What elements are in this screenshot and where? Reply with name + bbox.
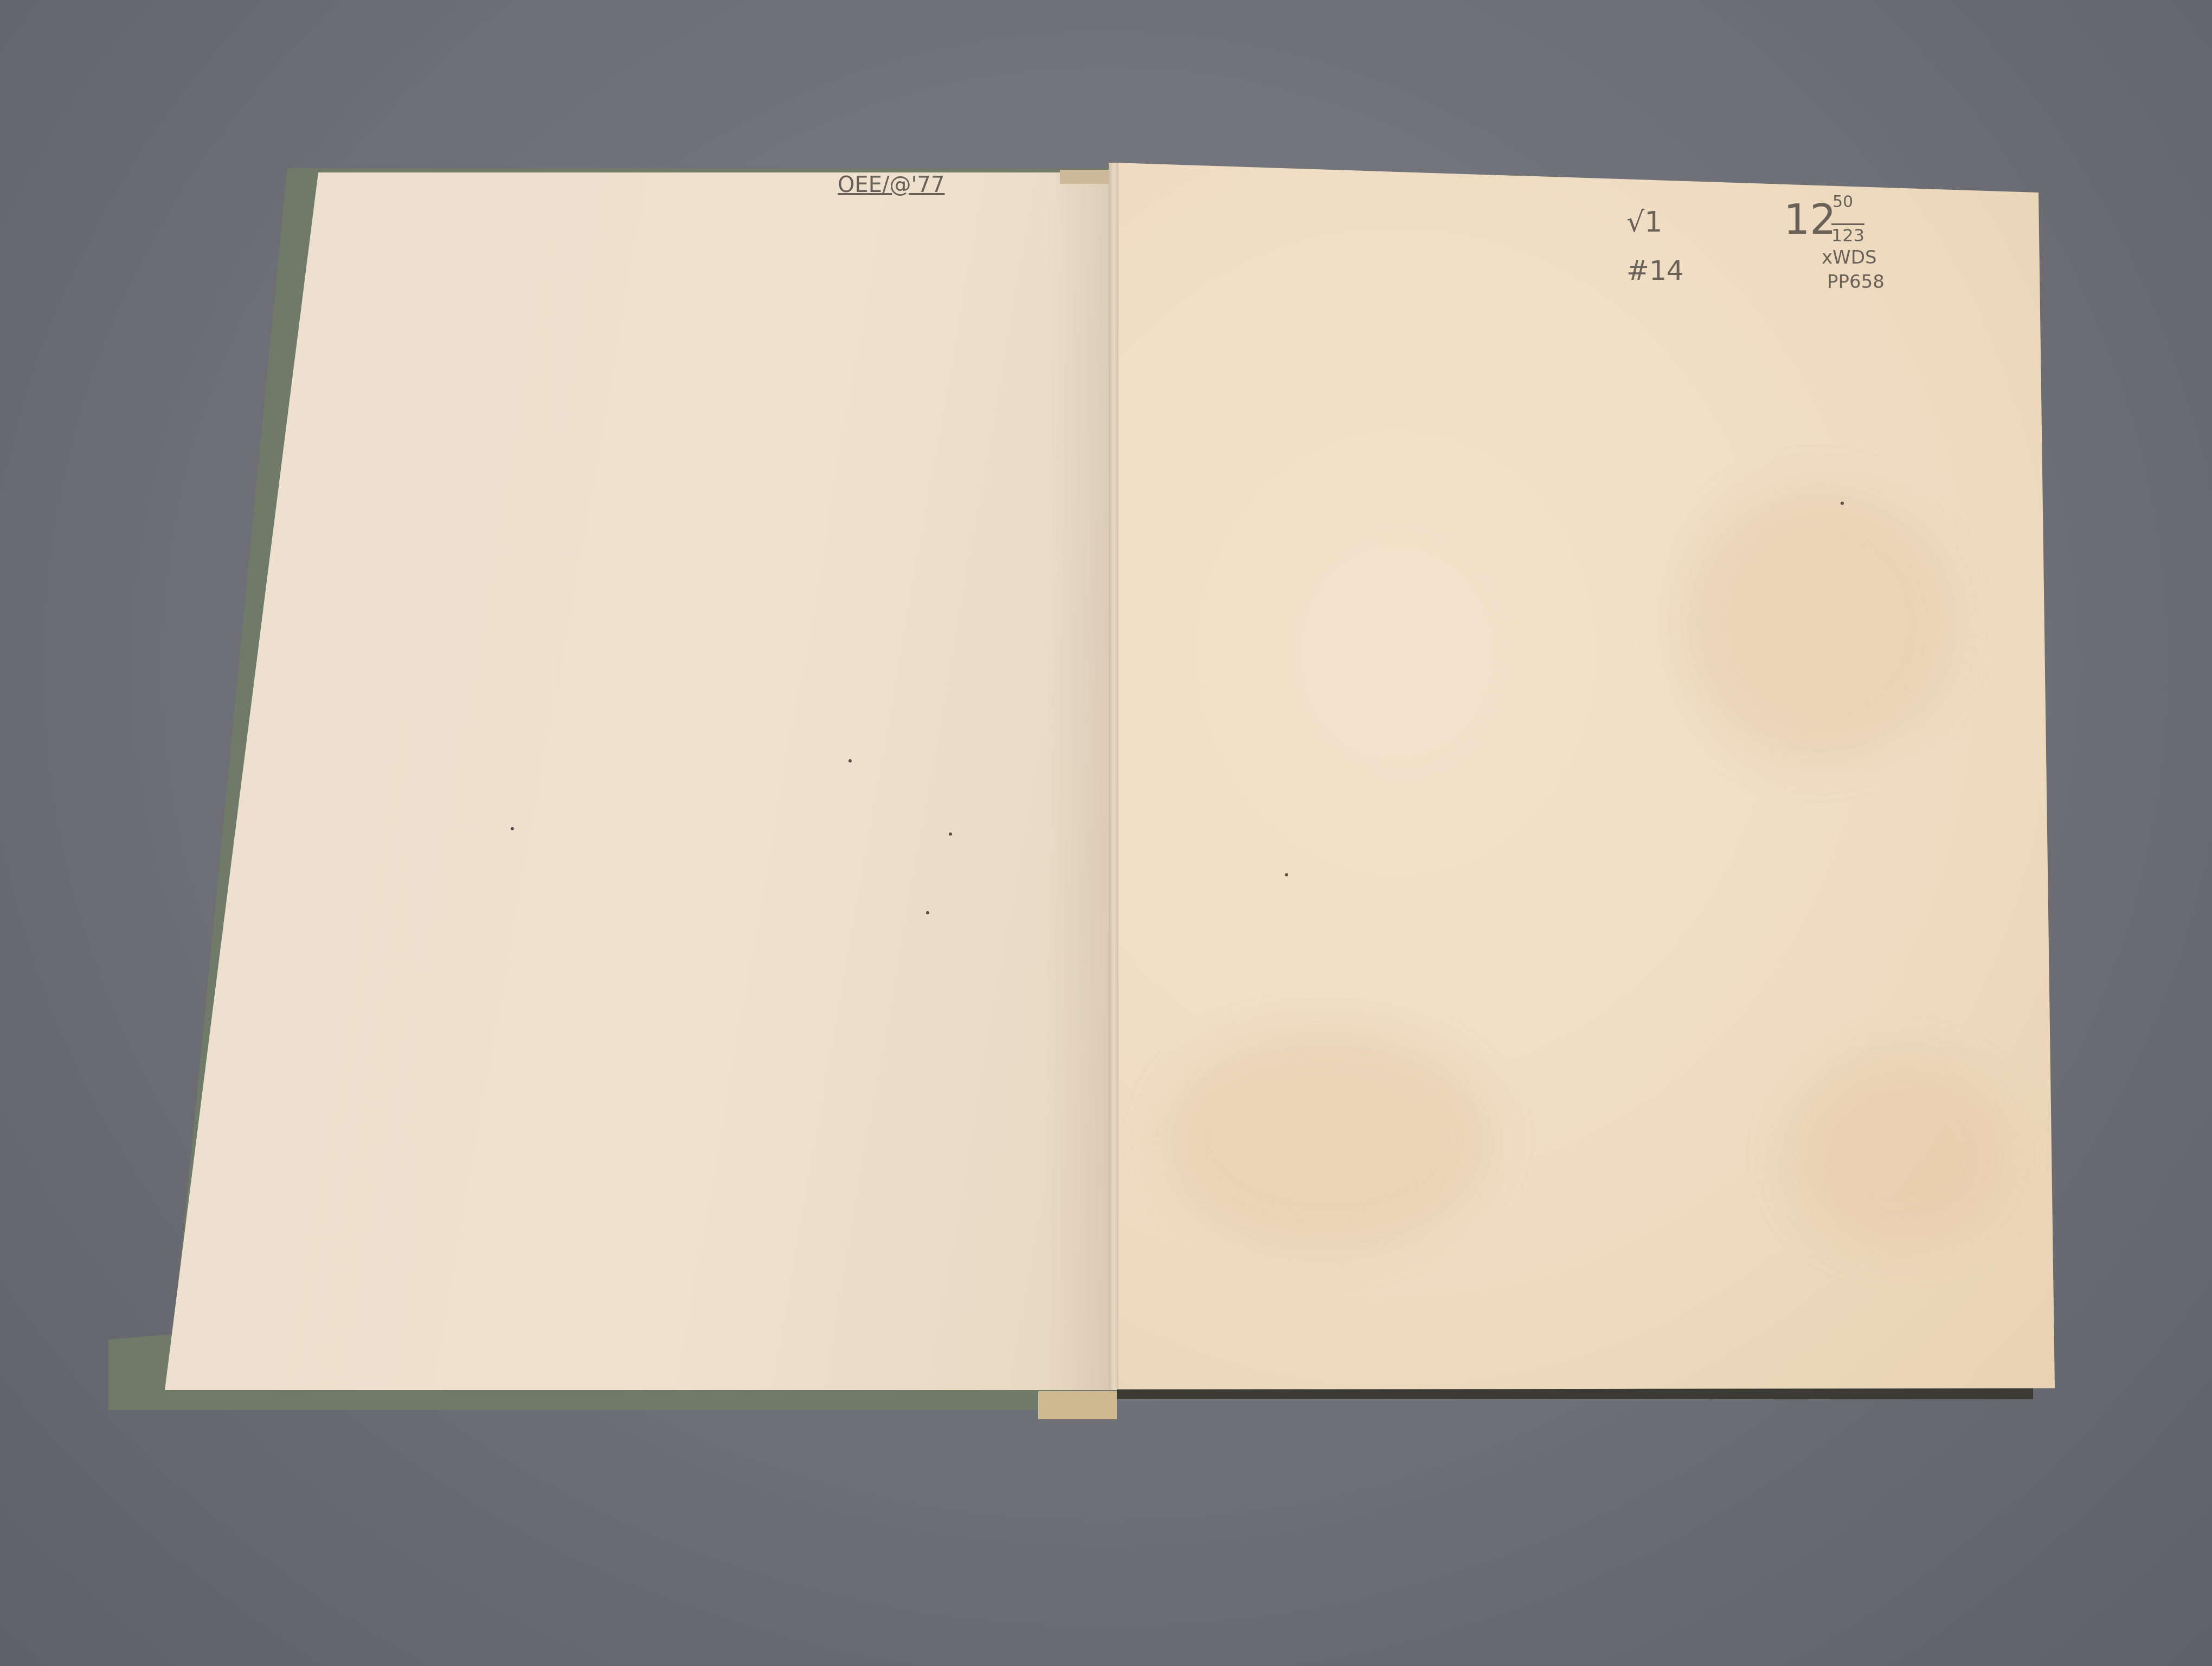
paper-speck: [848, 759, 852, 762]
left-page-gutter-shadow: [1046, 172, 1111, 1390]
right-page-pencil-note-1: √1: [1626, 206, 1662, 239]
paper-speck: [926, 911, 929, 914]
right-page-pencil-note-2: #14: [1626, 255, 1684, 286]
spine-tab-bottom: [1038, 1391, 1117, 1419]
paper-speck: [511, 827, 514, 830]
price-note-superscript: 50: [1832, 193, 1853, 212]
catalog-note-1: 123: [1831, 223, 1864, 246]
page-stain: [1681, 488, 1952, 759]
paper-speck: [949, 832, 952, 836]
paper-speck: [1285, 873, 1288, 876]
catalog-note-2: xWDS: [1822, 247, 1877, 268]
page-stain: [1166, 1030, 1491, 1247]
book-gutter: [1109, 163, 1118, 1389]
page-stain: [1789, 1058, 2006, 1247]
catalog-note-3: PP658: [1827, 271, 1885, 293]
left-page-pencil-note: OEE/@'77: [838, 172, 944, 197]
price-note: 12: [1784, 195, 1836, 244]
paper-speck: [1841, 502, 1844, 505]
